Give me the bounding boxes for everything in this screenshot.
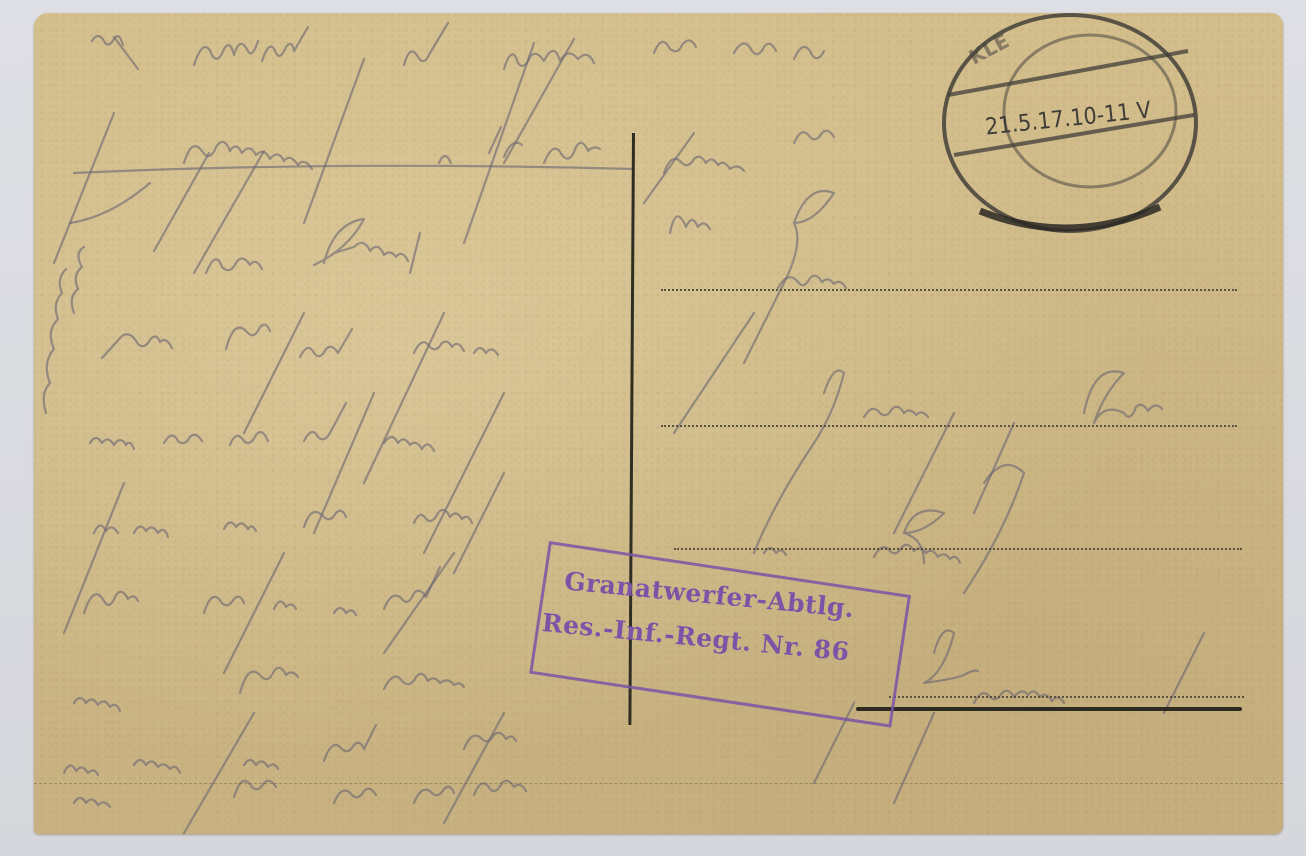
address-underline	[856, 707, 1242, 711]
salutation-text: Liebe Eltern!	[194, 245, 341, 270]
address-dotted-line-4	[889, 696, 1244, 698]
recipient-name-text: Johann Gebhardt	[824, 393, 1014, 418]
margin-note-text: Paket vom 14. erhalten	[151, 96, 176, 355]
recipient-title-text: Herrn	[774, 263, 841, 288]
message-line-1: Teile Euch mit daß es	[94, 329, 335, 354]
postcard: Abs. Musk. Wilh. Gebhardt Res. Inf. Regt…	[34, 13, 1283, 834]
address-dotted-line-1	[661, 289, 1237, 291]
recipient-town-text: in Gorxheim	[754, 523, 891, 548]
message-line-7: worden. Viele Grüße Euer Sohn.	[64, 783, 426, 808]
bottom-printed-rule	[34, 783, 1283, 784]
recipient-region-text: bei Darmstadt	[934, 663, 1093, 688]
address-dotted-line-2	[661, 425, 1237, 427]
postmark: KLE 21.5.17.10-11 V	[940, 13, 1202, 237]
message-line-3: ich auch ein Paket erhalten	[94, 505, 400, 530]
address-preamble-text: Gemeiner Abt. Granatwerfer	[664, 131, 984, 156]
message-line-6: sind wieder ein Angriff abgeschlagen	[64, 741, 480, 766]
message-line-5: worden! Heute Morgen	[64, 669, 327, 694]
message-line-4: habe. Hier ist es ganz still	[94, 585, 386, 610]
sender-header-text: Abs. Musk. Wilh. Gebhardt Res. Inf. Regt…	[194, 39, 695, 64]
message-line-2: mir noch gut geht, und	[94, 417, 351, 442]
address-dotted-line-3	[674, 548, 1242, 550]
address-to-text: An	[664, 203, 694, 228]
place-date-text: Geschrieben d. 19. Mai 17	[184, 139, 479, 164]
